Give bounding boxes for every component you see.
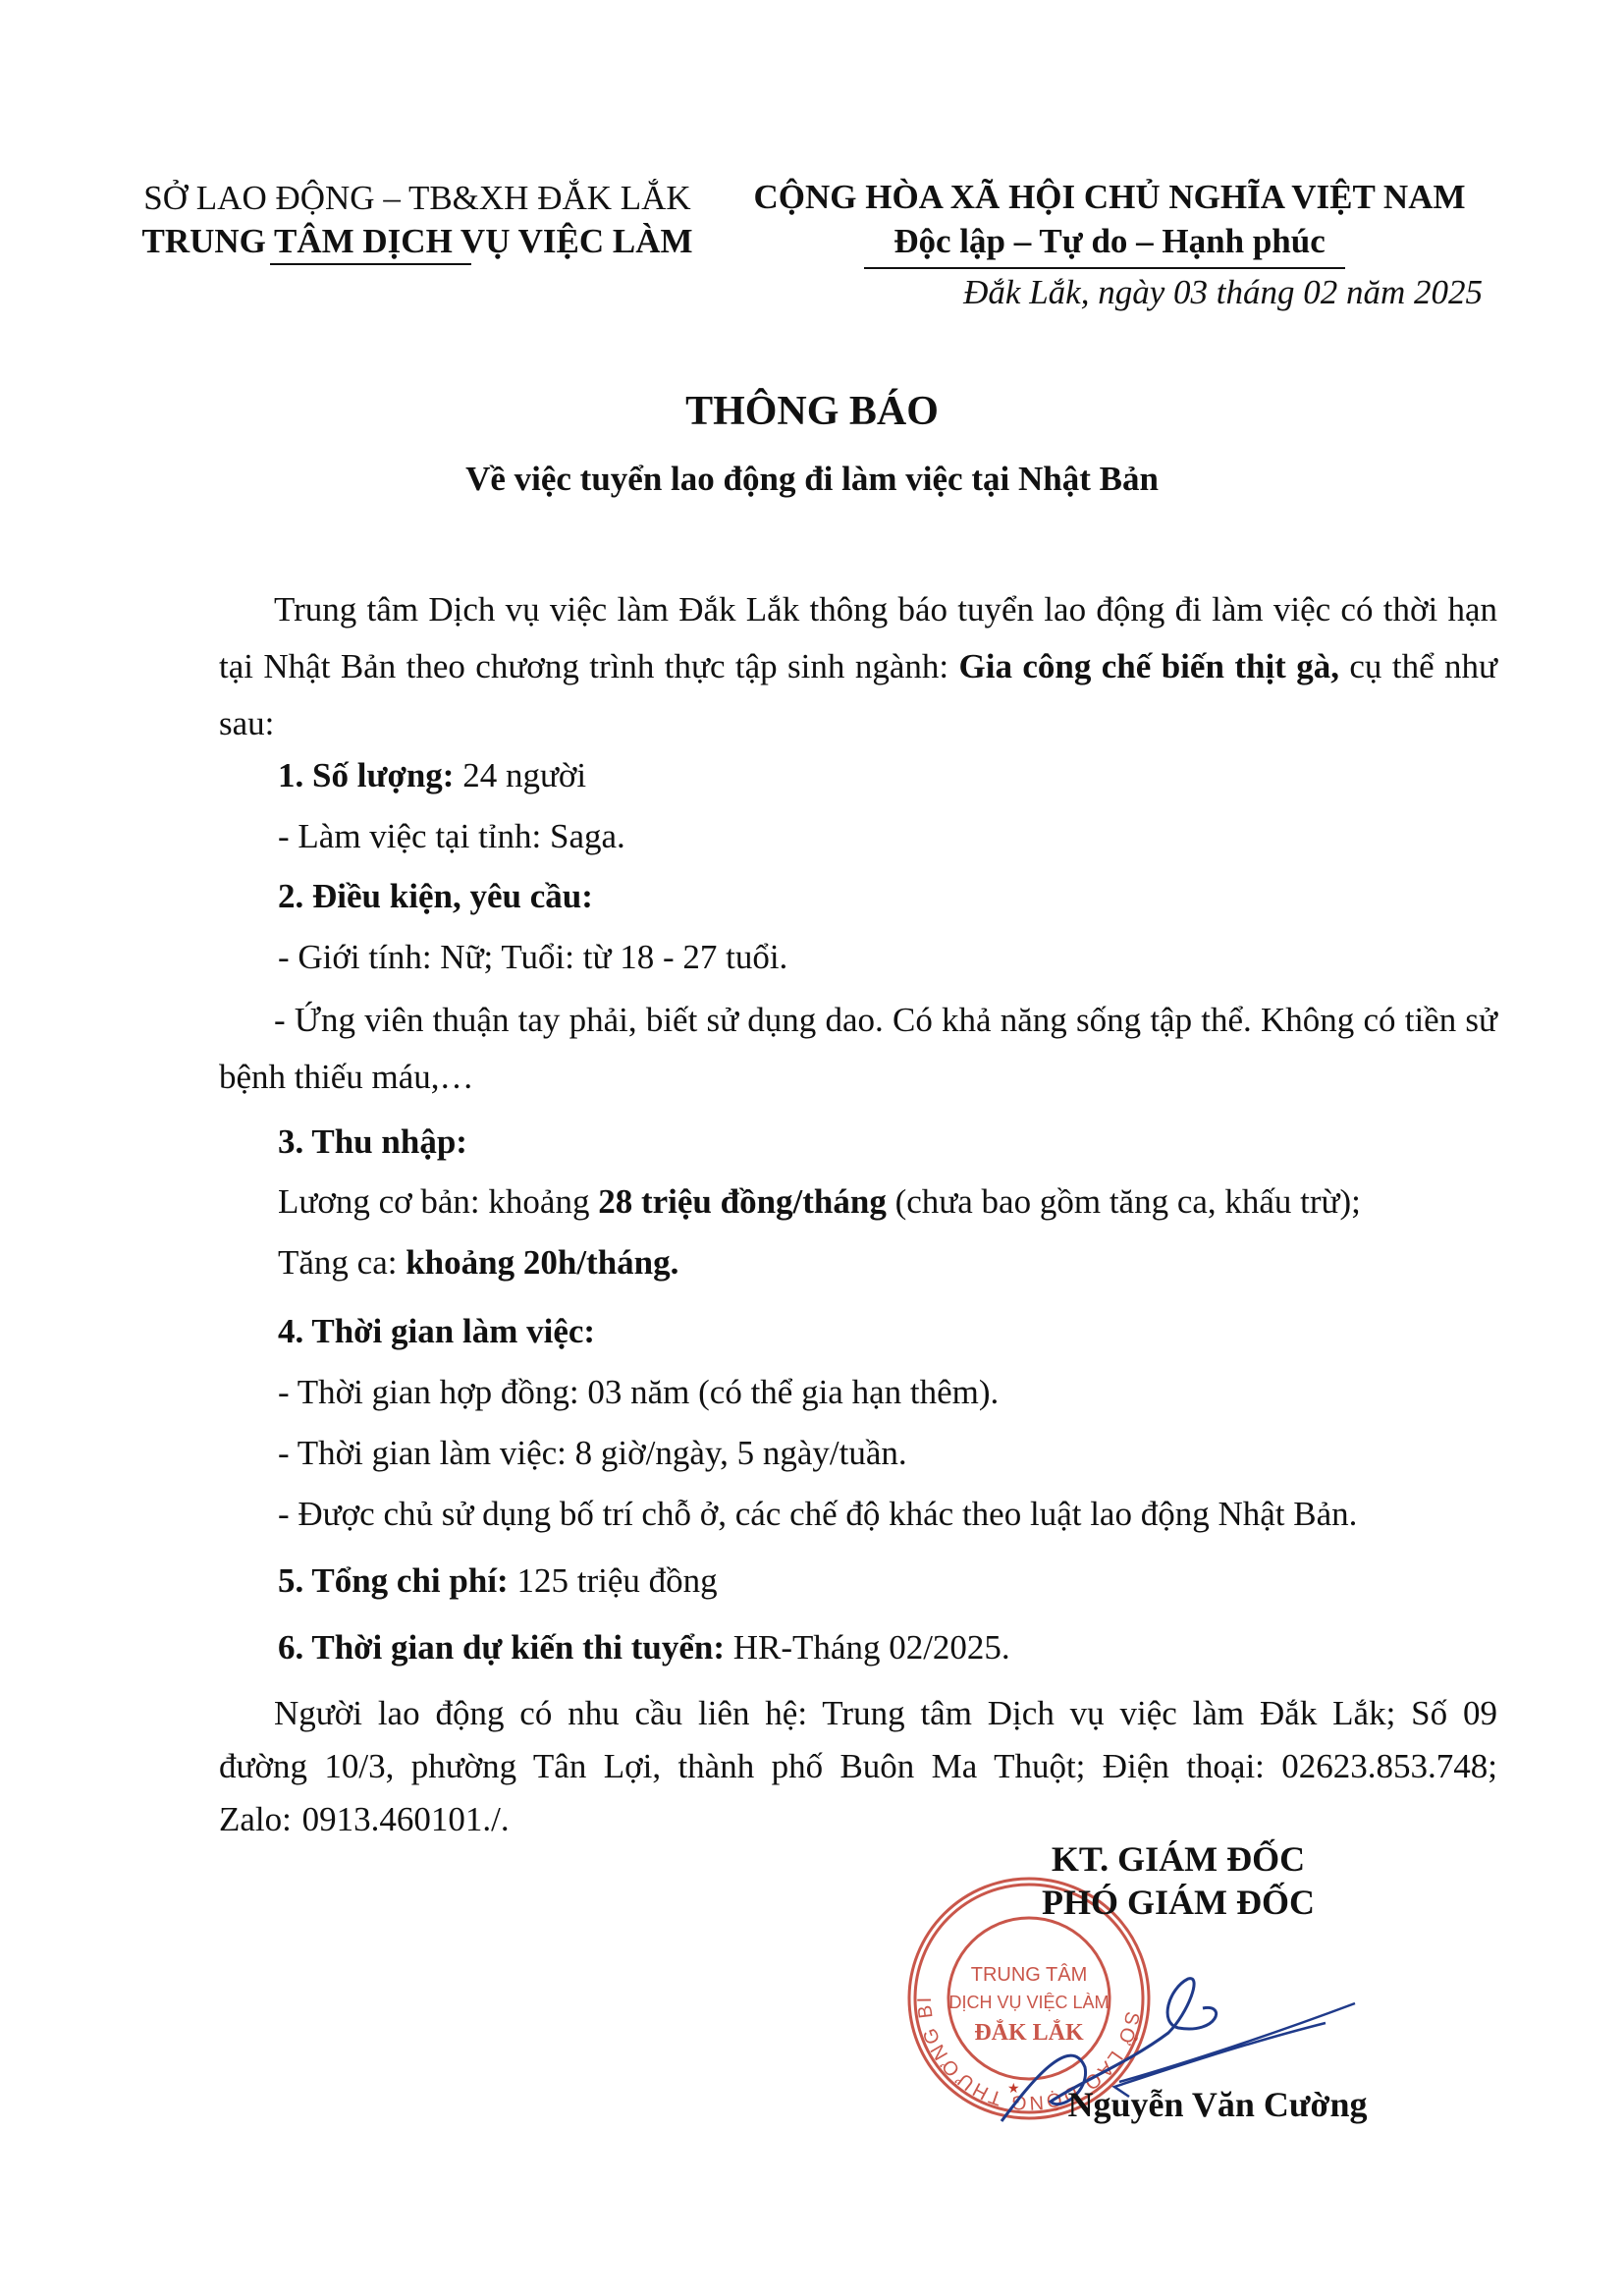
section-heading: 6. Thời gian dự kiến thi tuyển:: [278, 1628, 725, 1667]
section-worktime-heading: 4. Thời gian làm việc:: [278, 1312, 595, 1351]
requirement-gender-age: - Giới tính: Nữ; Tuổi: từ 18 - 27 tuổi.: [278, 938, 787, 977]
section-value: 125 triệu đồng: [509, 1561, 718, 1600]
section-heading: 5. Tổng chi phí:: [278, 1561, 509, 1600]
contact-paragraph: Người lao động có nhu cầu liên hệ: Trung…: [219, 1687, 1497, 1846]
document-subtitle: Về việc tuyển lao động đi làm việc tại N…: [0, 460, 1624, 499]
country-name: CỘNG HÒA XÃ HỘI CHỦ NGHĨA VIỆT NAM: [727, 175, 1492, 219]
section-location: - Làm việc tại tỉnh: Saga.: [278, 817, 625, 856]
overtime-label: Tăng ca:: [278, 1243, 406, 1282]
salary-value: 28 triệu đồng/tháng: [598, 1182, 887, 1221]
worktime-hours: - Thời gian làm việc: 8 giờ/ngày, 5 ngày…: [278, 1434, 907, 1473]
date-line: Đắk Lắk, ngày 03 tháng 02 năm 2025: [884, 273, 1483, 312]
agency-parent: SỞ LAO ĐỘNG – TB&XH ĐẮK LẮK: [98, 177, 736, 220]
section-heading: 2. Điều kiện, yêu cầu:: [278, 877, 593, 915]
income-overtime: Tăng ca: khoảng 20h/tháng.: [278, 1243, 678, 1283]
signer-name: Nguyễn Văn Cường: [972, 2084, 1463, 2125]
agency-header: SỞ LAO ĐỘNG – TB&XH ĐẮK LẮK TRUNG TÂM DỊ…: [98, 177, 736, 263]
section-requirements-heading: 2. Điều kiện, yêu cầu:: [278, 877, 593, 916]
section-heading: 1. Số lượng:: [278, 756, 454, 794]
intro-industry: Gia công chế biến thịt gà,: [959, 647, 1339, 685]
salary-label: Lương cơ bản: khoảng: [278, 1182, 598, 1221]
signature-title-1: KT. GIÁM ĐỐC: [933, 1838, 1424, 1880]
section-exam-date: 6. Thời gian dự kiến thi tuyển: HR-Tháng…: [278, 1628, 1010, 1667]
motto-underline: [864, 267, 1345, 269]
requirement-skills: - Ứng viên thuận tay phải, biết sử dụng …: [219, 992, 1497, 1106]
section-value: HR-Tháng 02/2025.: [725, 1628, 1010, 1667]
section-cost: 5. Tổng chi phí: 125 triệu đồng: [278, 1561, 718, 1601]
agency-underline: [270, 263, 471, 265]
overtime-value: khoảng 20h/tháng.: [406, 1243, 678, 1282]
motto: Độc lập – Tự do – Hạnh phúc: [727, 219, 1492, 263]
intro-paragraph: Trung tâm Dịch vụ việc làm Đắk Lắk thông…: [219, 581, 1497, 752]
worktime-contract: - Thời gian hợp đồng: 03 năm (có thể gia…: [278, 1373, 999, 1412]
section-income-heading: 3. Thu nhập:: [278, 1122, 467, 1162]
section-value: 24 người: [454, 756, 586, 794]
document-title: THÔNG BÁO: [0, 388, 1624, 435]
national-header: CỘNG HÒA XÃ HỘI CHỦ NGHĨA VIỆT NAM Độc l…: [727, 175, 1492, 263]
agency-name: TRUNG TÂM DỊCH VỤ VIỆC LÀM: [98, 220, 736, 263]
worktime-benefits: - Được chủ sử dụng bố trí chỗ ở, các chế…: [278, 1495, 1357, 1534]
income-salary: Lương cơ bản: khoảng 28 triệu đồng/tháng…: [278, 1182, 1361, 1222]
signature-title-2: PHÓ GIÁM ĐỐC: [933, 1882, 1424, 1923]
section-heading: 3. Thu nhập:: [278, 1122, 467, 1161]
salary-note: (chưa bao gồm tăng ca, khấu trừ);: [887, 1182, 1361, 1221]
section-quantity: 1. Số lượng: 24 người: [278, 756, 586, 795]
section-heading: 4. Thời gian làm việc:: [278, 1312, 595, 1350]
